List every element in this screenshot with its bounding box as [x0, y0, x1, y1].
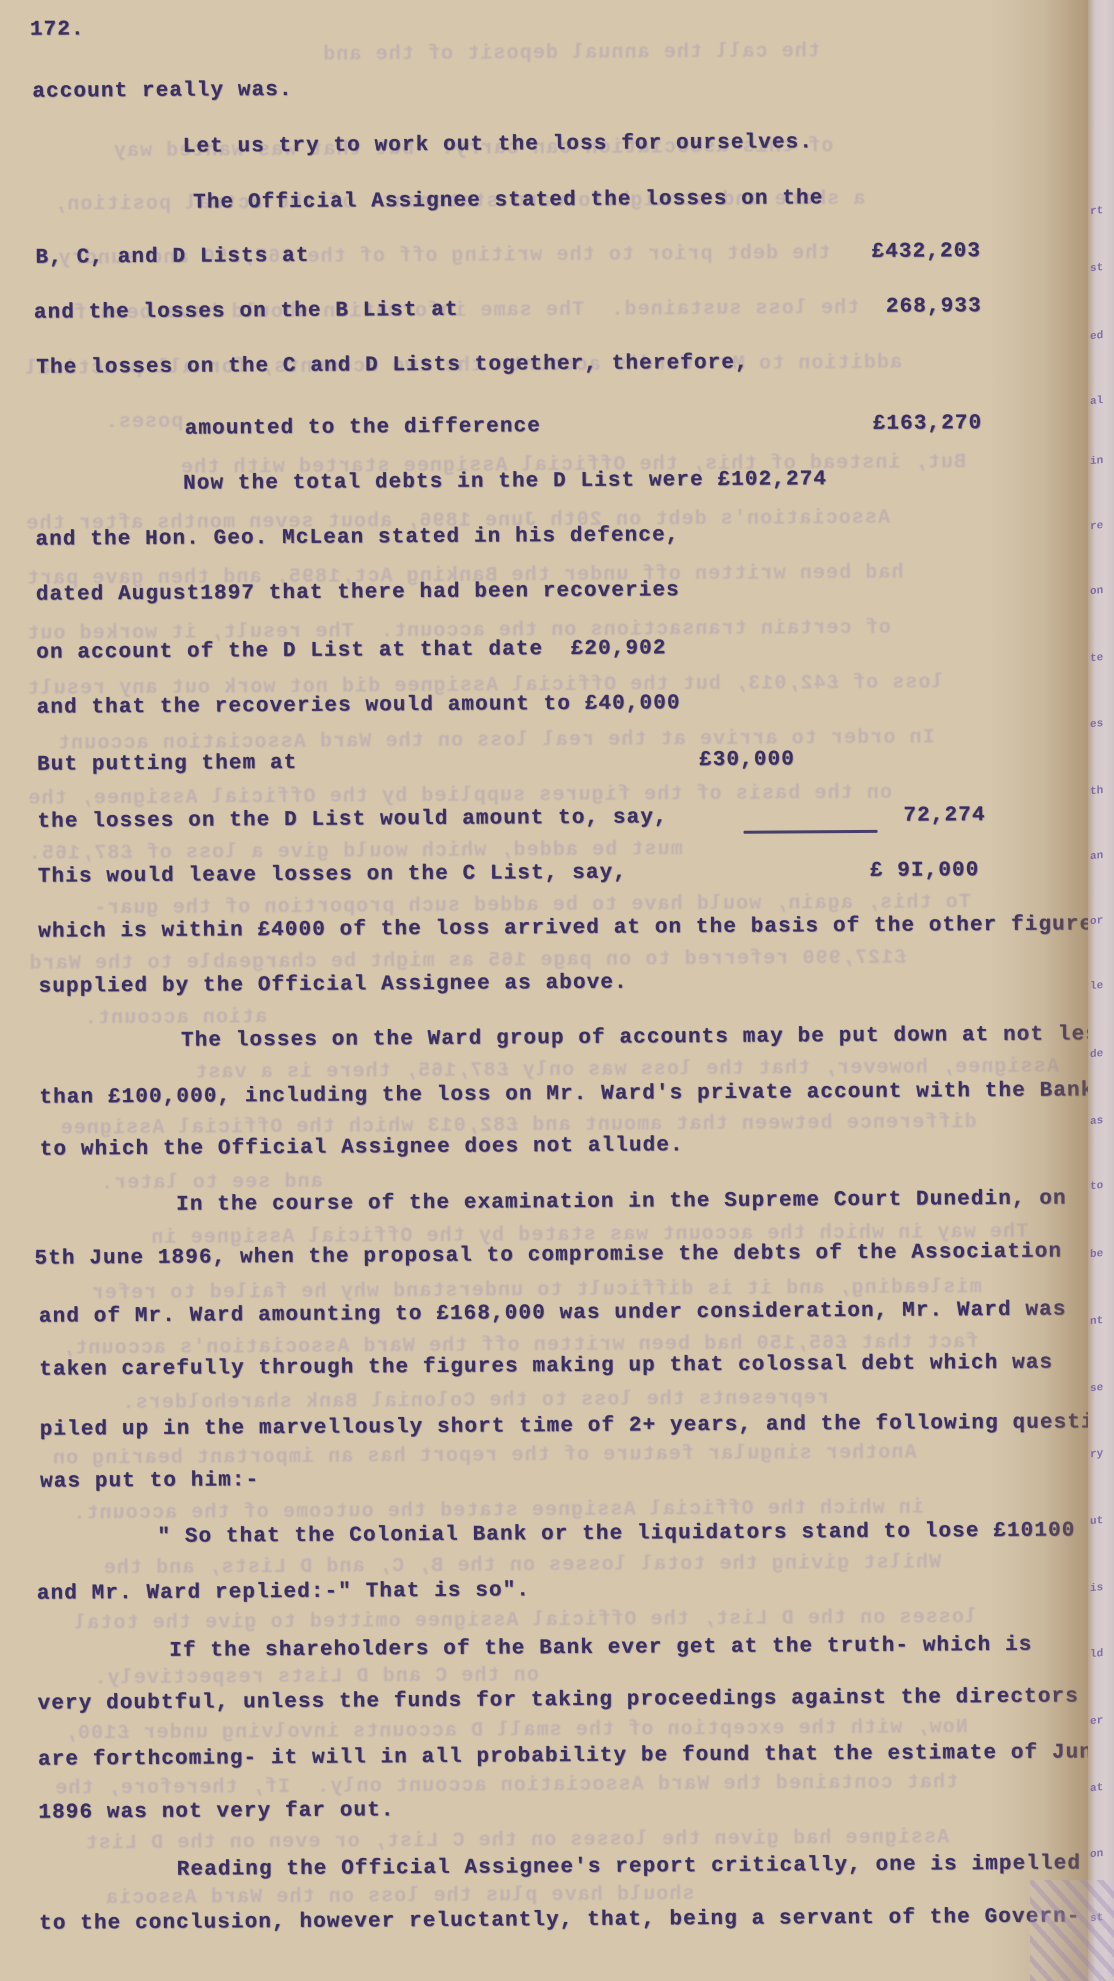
text-line: If the shareholders of the Bank ever get… [169, 1635, 1032, 1662]
bleed-through-line: In order to arrive at the real loss on t… [57, 728, 935, 754]
text-line: was put to him:- [40, 1470, 259, 1493]
text-line: This would leave losses on the C List, s… [38, 863, 627, 888]
text-line: Let us try to work out the loss for ours… [183, 132, 813, 157]
text-line: B, C, and D Lists at [35, 246, 309, 269]
text-line: The Official Assignee stated the losses … [193, 188, 823, 213]
text-line: to the conclusion, however reluctantly, … [39, 1906, 1080, 1934]
amount-figure: £432,203 [871, 241, 981, 263]
text-line: are forthcoming- it will in all probabil… [38, 1742, 1092, 1770]
text-line: The losses on the Ward group of accounts… [181, 1024, 1092, 1052]
edge-text-fragment: as [1090, 1114, 1114, 1129]
text-line: to which the Official Assignee does not … [40, 1135, 684, 1160]
page-curl-shadow [990, 0, 1088, 1981]
text-line: account really was. [32, 80, 292, 103]
text-line: Reading the Official Assignee's report c… [177, 1853, 1081, 1880]
amount-figure: £ 9I,000 [870, 860, 980, 882]
next-page-edge: rtstedalinreonteesthanorledeastobentsery… [1088, 0, 1114, 1981]
edge-text-fragment: ut [1090, 1514, 1114, 1529]
page: 172. the call the annual deposit of the … [0, 0, 1092, 1981]
bleed-through-line: represents the loss to the Colonial Bank… [121, 1389, 829, 1414]
edge-text-fragment: ld [1090, 1647, 1114, 1662]
text-line: piled up in the marvellously short time … [40, 1412, 1092, 1441]
text-line: But putting them at [37, 753, 297, 776]
amount-figure: £163,270 [873, 413, 983, 435]
edge-text-fragment: an [1090, 849, 1114, 864]
text-line: on account of the D List at that date £2… [36, 638, 666, 663]
edge-text-fragment: on [1090, 584, 1114, 599]
edge-text-fragment: nt [1090, 1314, 1114, 1329]
total-rule [744, 830, 878, 834]
text-line: and that the recoveries would amount to … [37, 693, 681, 718]
text-line: and Mr. Ward replied:-" That is so". [37, 1580, 530, 1604]
bleed-through-line: that contained the Ward Association acco… [54, 1773, 958, 1799]
edge-text-fragment: st [1090, 261, 1114, 276]
bleed-through-line: the call the annual deposit of the and [322, 42, 820, 65]
bleed-through-line: should have plus the loss on the Ward As… [105, 1885, 695, 1909]
text-line: 1896 was not very far out. [38, 1800, 394, 1823]
text-line: very doubtful, unless the funds for taki… [38, 1686, 1079, 1714]
edge-text-fragment: is [1090, 1581, 1114, 1596]
bleed-through-line: Another singular feature of the report h… [52, 1444, 917, 1470]
edge-text-fragment: re [1090, 519, 1114, 534]
edge-text-fragment: on [1090, 1847, 1114, 1862]
edge-text-fragment: or [1090, 914, 1114, 929]
text-line: The losses on the C and D Lists together… [36, 353, 749, 379]
bleed-through-line: on the C and D Lists respectively. [93, 1666, 539, 1689]
edge-text-fragment: al [1090, 394, 1114, 409]
text-line: " So that the Colonial Bank or the liqui… [157, 1521, 1075, 1548]
bleed-through-line: Now, with the exception of the small D a… [64, 1718, 968, 1744]
amount-figure: 268,933 [886, 296, 982, 318]
text-line: the losses on the D List would amount to… [37, 807, 667, 832]
text-line: dated August1897 that there had been rec… [36, 580, 680, 605]
edge-text-fragment: to [1090, 1179, 1114, 1194]
bleed-through-line: Whilst giving the total losses on the B,… [103, 1553, 942, 1579]
corner-bleed-pattern [1030, 1880, 1114, 1981]
page-number: 172. [30, 19, 85, 40]
text-line: taken carefully through the figures maki… [39, 1353, 1053, 1381]
bleed-through-line: losses on the D List, the Official Assig… [73, 1608, 977, 1634]
edge-text-fragment: be [1090, 1247, 1114, 1262]
bleed-through-line: and see to later. [100, 1173, 323, 1195]
edge-text-fragment: th [1090, 784, 1114, 799]
bleed-through-line: £127,990 referred to on page 165 as migh… [28, 949, 906, 975]
text-line: amounted to the difference [185, 416, 541, 439]
bleed-through-line: on the basis of the figures supplied by … [27, 784, 892, 810]
edge-text-fragment: te [1090, 651, 1114, 666]
edge-text-fragment: ed [1090, 329, 1114, 344]
edge-text-fragment: in [1090, 454, 1114, 469]
bleed-through-line: Assignee had given the losses on the C L… [85, 1828, 950, 1854]
edge-text-fragment: rt [1090, 204, 1114, 219]
edge-text-fragment: er [1090, 1714, 1114, 1729]
bleed-through-line: poses. [105, 413, 184, 434]
typewritten-text-layer: 172. the call the annual deposit of the … [0, 0, 1092, 1981]
text-line: 5th June 1896, when the proposal to comp… [34, 1242, 1062, 1270]
edge-text-fragment: se [1090, 1381, 1114, 1396]
text-line: and the losses on the B List at [34, 300, 459, 324]
text-line: In the course of the examination in the … [176, 1189, 1067, 1216]
edge-text-fragment: ry [1090, 1447, 1114, 1462]
edge-text-fragment: at [1090, 1781, 1114, 1796]
edge-text-fragment: es [1090, 717, 1114, 732]
bleed-through-line: ation account. [84, 1008, 268, 1029]
edge-text-fragment: le [1090, 979, 1114, 994]
text-line: supplied by the Official Assignee as abo… [39, 973, 628, 998]
text-line: and the Hon. Geo. McLean stated in his d… [35, 525, 679, 550]
text-line: and of Mr. Ward amounting to £168,000 wa… [39, 1300, 1067, 1328]
amount-figure: 72,274 [903, 805, 985, 827]
edge-text-fragment: de [1090, 1047, 1114, 1062]
text-line: Now the total debts in the D List were £… [183, 469, 827, 494]
amount-figure: £30,000 [699, 749, 795, 771]
